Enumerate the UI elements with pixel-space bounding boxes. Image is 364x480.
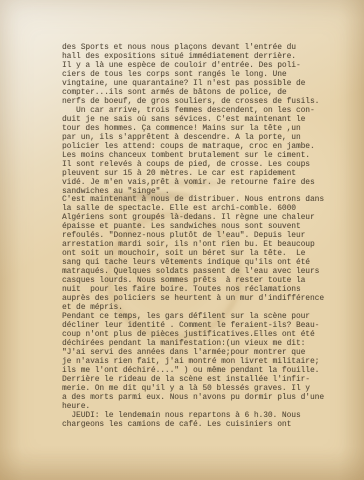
- typewritten-text-body: des Sports et nous nous plaçons devant l…: [62, 44, 358, 430]
- typewritten-page: des Sports et nous nous plaçons devant l…: [0, 0, 364, 480]
